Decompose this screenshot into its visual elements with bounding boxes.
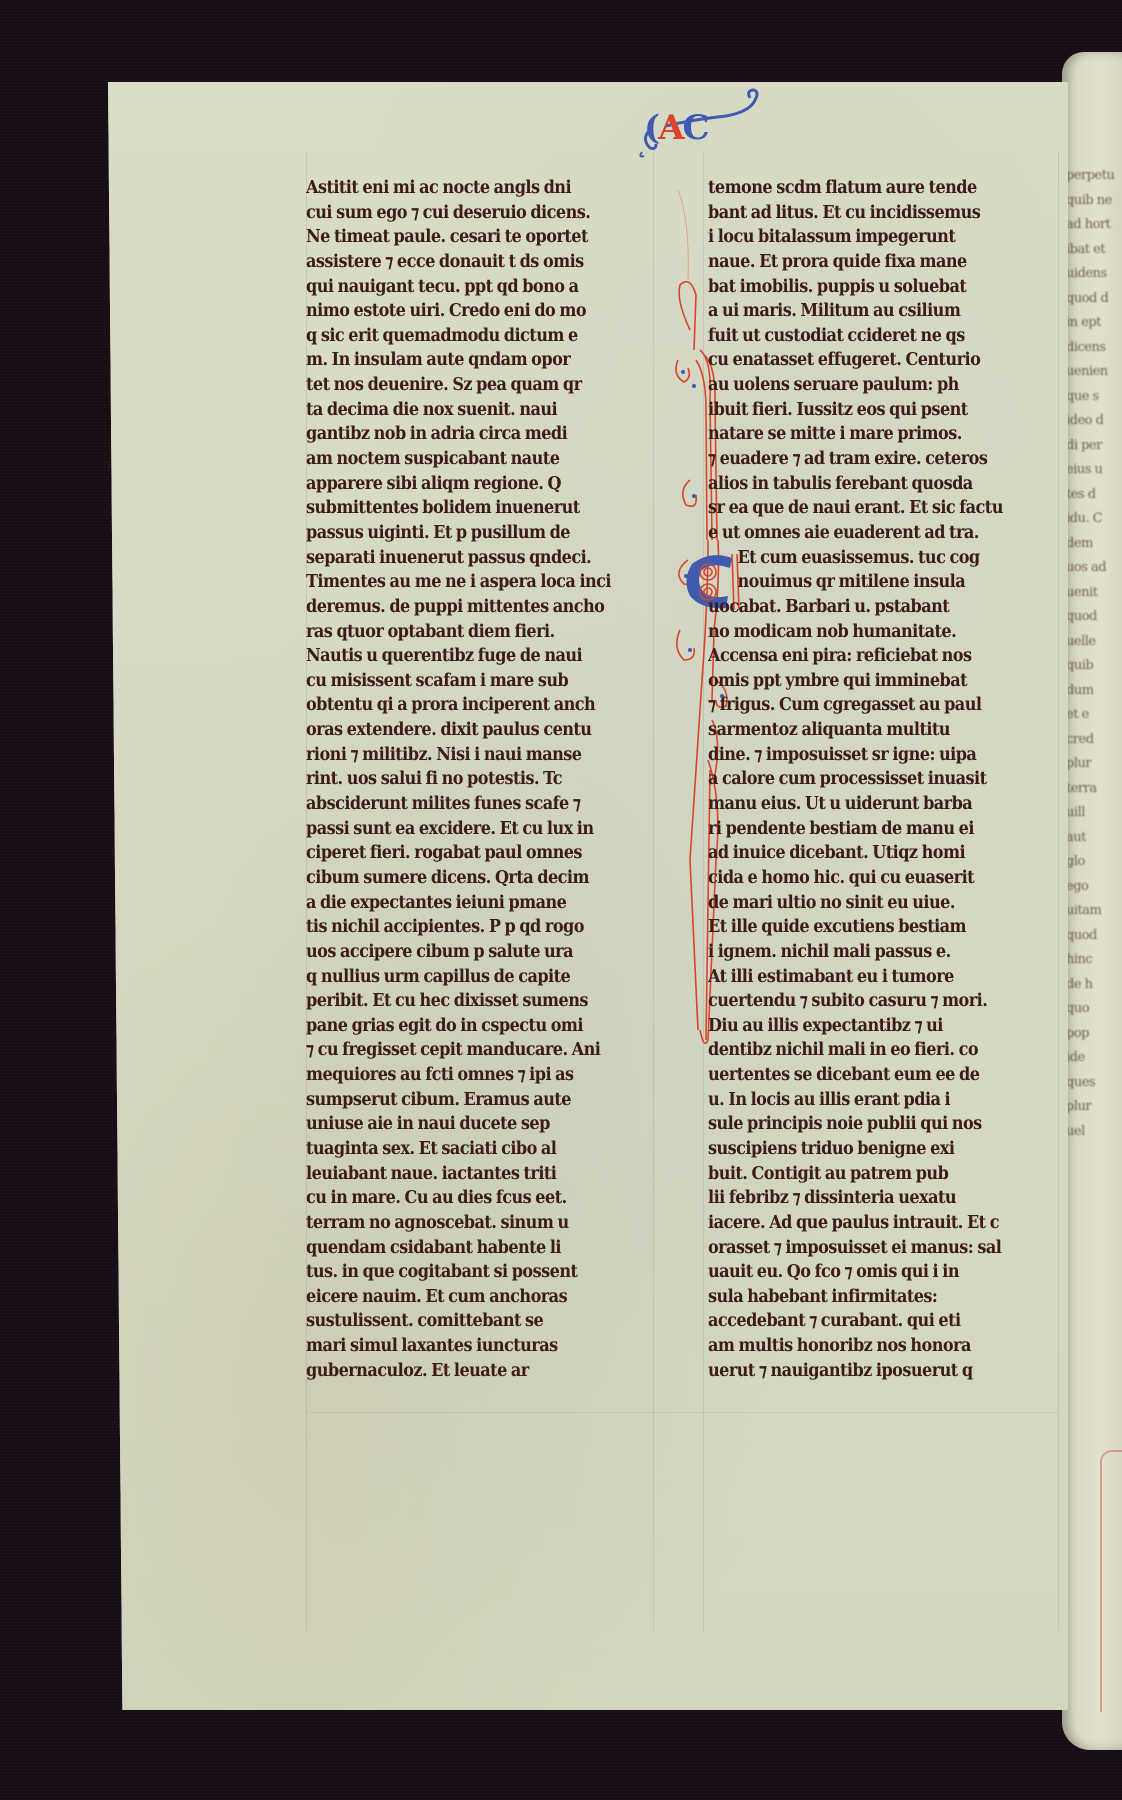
text-line: peribit. Et cu hec dixisset sumens [306, 989, 648, 1014]
text-line: eicere nauim. Et cum anchoras [306, 1285, 648, 1310]
header-letter-blue-stroke: ( [644, 108, 658, 148]
text-line: au uolens seruare paulum: ph [708, 373, 1048, 398]
text-line: sula habebant infirmitates: [708, 1285, 1048, 1310]
text-line: ta decima die nox suenit. naui [306, 398, 648, 423]
text-line: mequiores au fcti omnes ⁊ ipi as [306, 1063, 648, 1088]
text-line: suscipiens triduo benigne exi [708, 1137, 1048, 1162]
text-line: nouimus qr mitilene insula [708, 570, 1048, 595]
text-line: ad inuice dicebant. Utiqz homi [708, 841, 1048, 866]
text-line: obtentu qi a prora inciperent anch [306, 693, 648, 718]
text-line: submittentes bolidem inuenerut [306, 496, 648, 521]
text-line: Accensa eni pira: reficiebat nos [708, 644, 1048, 669]
text-line: sustulissent. comittebant se [306, 1309, 648, 1334]
text-line: sr ea que de naui erant. Et sic factu [708, 496, 1048, 521]
text-line: m. In insulam aute qndam opor [306, 348, 648, 373]
text-line: Ne timeat paule. cesari te oportet [306, 225, 648, 250]
text-line: buit. Contigit au patrem pub [708, 1162, 1048, 1187]
text-line: Diu au illis expectantibz ⁊ ui [708, 1014, 1048, 1039]
text-line: a ui maris. Militum au csilium [708, 299, 1048, 324]
text-line: Timentes au me ne i aspera loca inci [306, 570, 648, 595]
text-line: uocabat. Barbari u. pstabant [708, 595, 1048, 620]
text-line: Et cum euasissemus. tuc cog [708, 546, 1048, 571]
text-line: a die expectantes ieiuni pmane [306, 891, 648, 916]
text-line: ⁊ euadere ⁊ ad tram exire. ceteros [708, 447, 1048, 472]
text-line: accedebant ⁊ curabant. qui eti [708, 1309, 1048, 1334]
text-line: u. In locis au illis erant pdia i [708, 1088, 1048, 1113]
text-line: dentibz nichil mali in eo fieri. co [708, 1038, 1048, 1063]
text-line: ibuit fieri. Iussitz eos qui psent [708, 398, 1048, 423]
text-line: cu misissent scafam i mare sub [306, 669, 648, 694]
text-line: cida e homo hic. qui cu euaserit [708, 866, 1048, 891]
text-line: q nullius urm capillus de capite [306, 965, 648, 990]
text-line: temone scdm flatum aure tende [708, 176, 1048, 201]
text-line: lii febribz ⁊ dissinteria uexatu [708, 1186, 1048, 1211]
text-line: tis nichil accipientes. P p qd rogo [306, 915, 648, 940]
text-line: sarmentoz aliquanta multitu [708, 718, 1048, 743]
text-line: rint. uos salui fi no potestis. Tc [306, 767, 648, 792]
text-line: i ignem. nichil mali passus e. [708, 940, 1048, 965]
text-line: e ut omnes aie euaderent ad tra. [708, 521, 1048, 546]
text-line: uniuse aie in naui ducete sep [306, 1112, 648, 1137]
text-line: oras extendere. dixit paulus centu [306, 718, 648, 743]
text-line: tuaginta sex. Et saciati cibo al [306, 1137, 648, 1162]
header-letter-c: C [682, 108, 707, 148]
text-line: tet nos deuenire. Sz pea quam qr [306, 373, 648, 398]
text-line: gubernaculoz. Et leuate ar [306, 1359, 648, 1384]
ruling-line [306, 1412, 1058, 1413]
text-line: uertentes se dicebant eum ee de [708, 1063, 1048, 1088]
text-line: Et ille quide excutiens bestiam [708, 915, 1048, 940]
text-line: fuit ut custodiat ccideret ne qs [708, 324, 1048, 349]
text-line: manu eius. Ut u uiderunt barba [708, 792, 1048, 817]
text-line: de mari ultio no sinit eu uiue. [708, 891, 1048, 916]
text-line: terram no agnoscebat. sinum u [306, 1211, 648, 1236]
text-line: ras qtuor optabant diem fieri. [306, 620, 648, 645]
running-header: (AC [630, 86, 770, 158]
text-line: am multis honoribz nos honora [708, 1334, 1048, 1359]
text-line: absciderunt milites funes scafe ⁊ [306, 792, 648, 817]
text-line: alios in tabulis ferebant quosda [708, 472, 1048, 497]
text-line: sumpserut cibum. Eramus aute [306, 1088, 648, 1113]
text-line: passi sunt ea excidere. Et cu lux in [306, 817, 648, 842]
text-line: no modicam nob humanitate. [708, 620, 1048, 645]
adjacent-leaf-flourish [1100, 1450, 1122, 1712]
text-line: gantibz nob in adria circa medi [306, 422, 648, 447]
text-line: uerut ⁊ nauigantibz iposuerut q [708, 1359, 1048, 1384]
text-line: apparere sibi aliqm regione. Q [306, 472, 648, 497]
text-line: bat imobilis. puppis u soluebat [708, 275, 1048, 300]
text-line: naue. Et prora quide fixa mane [708, 250, 1048, 275]
text-line: assistere ⁊ ecce donauit t ds omis [306, 250, 648, 275]
text-column-left: Astitit eni mi ac nocte angls dnicui sum… [306, 176, 678, 1383]
text-line: sule principis noie publii qui nos [708, 1112, 1048, 1137]
text-line: qui nauigant tecu. ppt qd bono a [306, 275, 648, 300]
text-line: deremus. de puppi mittentes ancho [306, 595, 648, 620]
text-line: uos accipere cibum p salute ura [306, 940, 648, 965]
text-line: tus. in que cogitabant si possent [306, 1260, 648, 1285]
text-line: orasset ⁊ imposuisset ei manus: sal [708, 1236, 1048, 1261]
text-line: Nautis u querentibz fuge de naui [306, 644, 648, 669]
header-letter-a: A [658, 108, 682, 148]
text-line: Astitit eni mi ac nocte angls dni [306, 176, 648, 201]
text-line: ⁊ cu fregisset cepit manducare. Ani [306, 1038, 648, 1063]
text-line: pane grias egit do in cspectu omi [306, 1014, 648, 1039]
text-line: leuiabant naue. iactantes triti [306, 1162, 648, 1187]
text-line: passus uiginti. Et p pusillum de [306, 521, 648, 546]
text-line: mari simul laxantes iuncturas [306, 1334, 648, 1359]
text-line: uauit eu. Qo fco ⁊ omis qui i in [708, 1260, 1048, 1285]
text-line: ri pendente bestiam de manu ei [708, 817, 1048, 842]
text-line: am noctem suspicabant naute [306, 447, 648, 472]
text-line: natare se mitte i mare primos. [708, 422, 1048, 447]
text-line: bant ad litus. Et cu incidissemus [708, 201, 1048, 226]
text-line: nimo estote uiri. Credo eni do mo [306, 299, 648, 324]
text-line: cu in mare. Cu au dies fcus eet. [306, 1186, 648, 1211]
text-line: quendam csidabant habente li [306, 1236, 648, 1261]
text-line: iacere. Ad que paulus intrauit. Et c [708, 1211, 1048, 1236]
text-line: dine. ⁊ imposuisset sr igne: uipa [708, 743, 1048, 768]
text-line: cui sum ego ⁊ cui deseruio dicens. [306, 201, 648, 226]
text-line: i locu bitalassum impegerunt [708, 225, 1048, 250]
text-line: separati inuenerut passus qndeci. [306, 546, 648, 571]
text-line: omis ppt ymbre qui imminebat [708, 669, 1048, 694]
text-line: ⁊ frigus. Cum cgregasset au paul [708, 693, 1048, 718]
text-line: q sic erit quemadmodu dictum e [306, 324, 648, 349]
text-line: cuertendu ⁊ subito casuru ⁊ mori. [708, 989, 1048, 1014]
text-line: cu enatasset effugeret. Centurio [708, 348, 1048, 373]
text-line: a calore cum processisset inuasit [708, 767, 1048, 792]
text-line: rioni ⁊ militibz. Nisi i naui manse [306, 743, 648, 768]
text-line: At illi estimabant eu i tumore [708, 965, 1048, 990]
text-line: cibum sumere dicens. Qrta decim [306, 866, 648, 891]
text-line: ciperet fieri. rogabat paul omnes [306, 841, 648, 866]
text-column-right: temone scdm flatum aure tendebant ad lit… [708, 176, 1078, 1383]
